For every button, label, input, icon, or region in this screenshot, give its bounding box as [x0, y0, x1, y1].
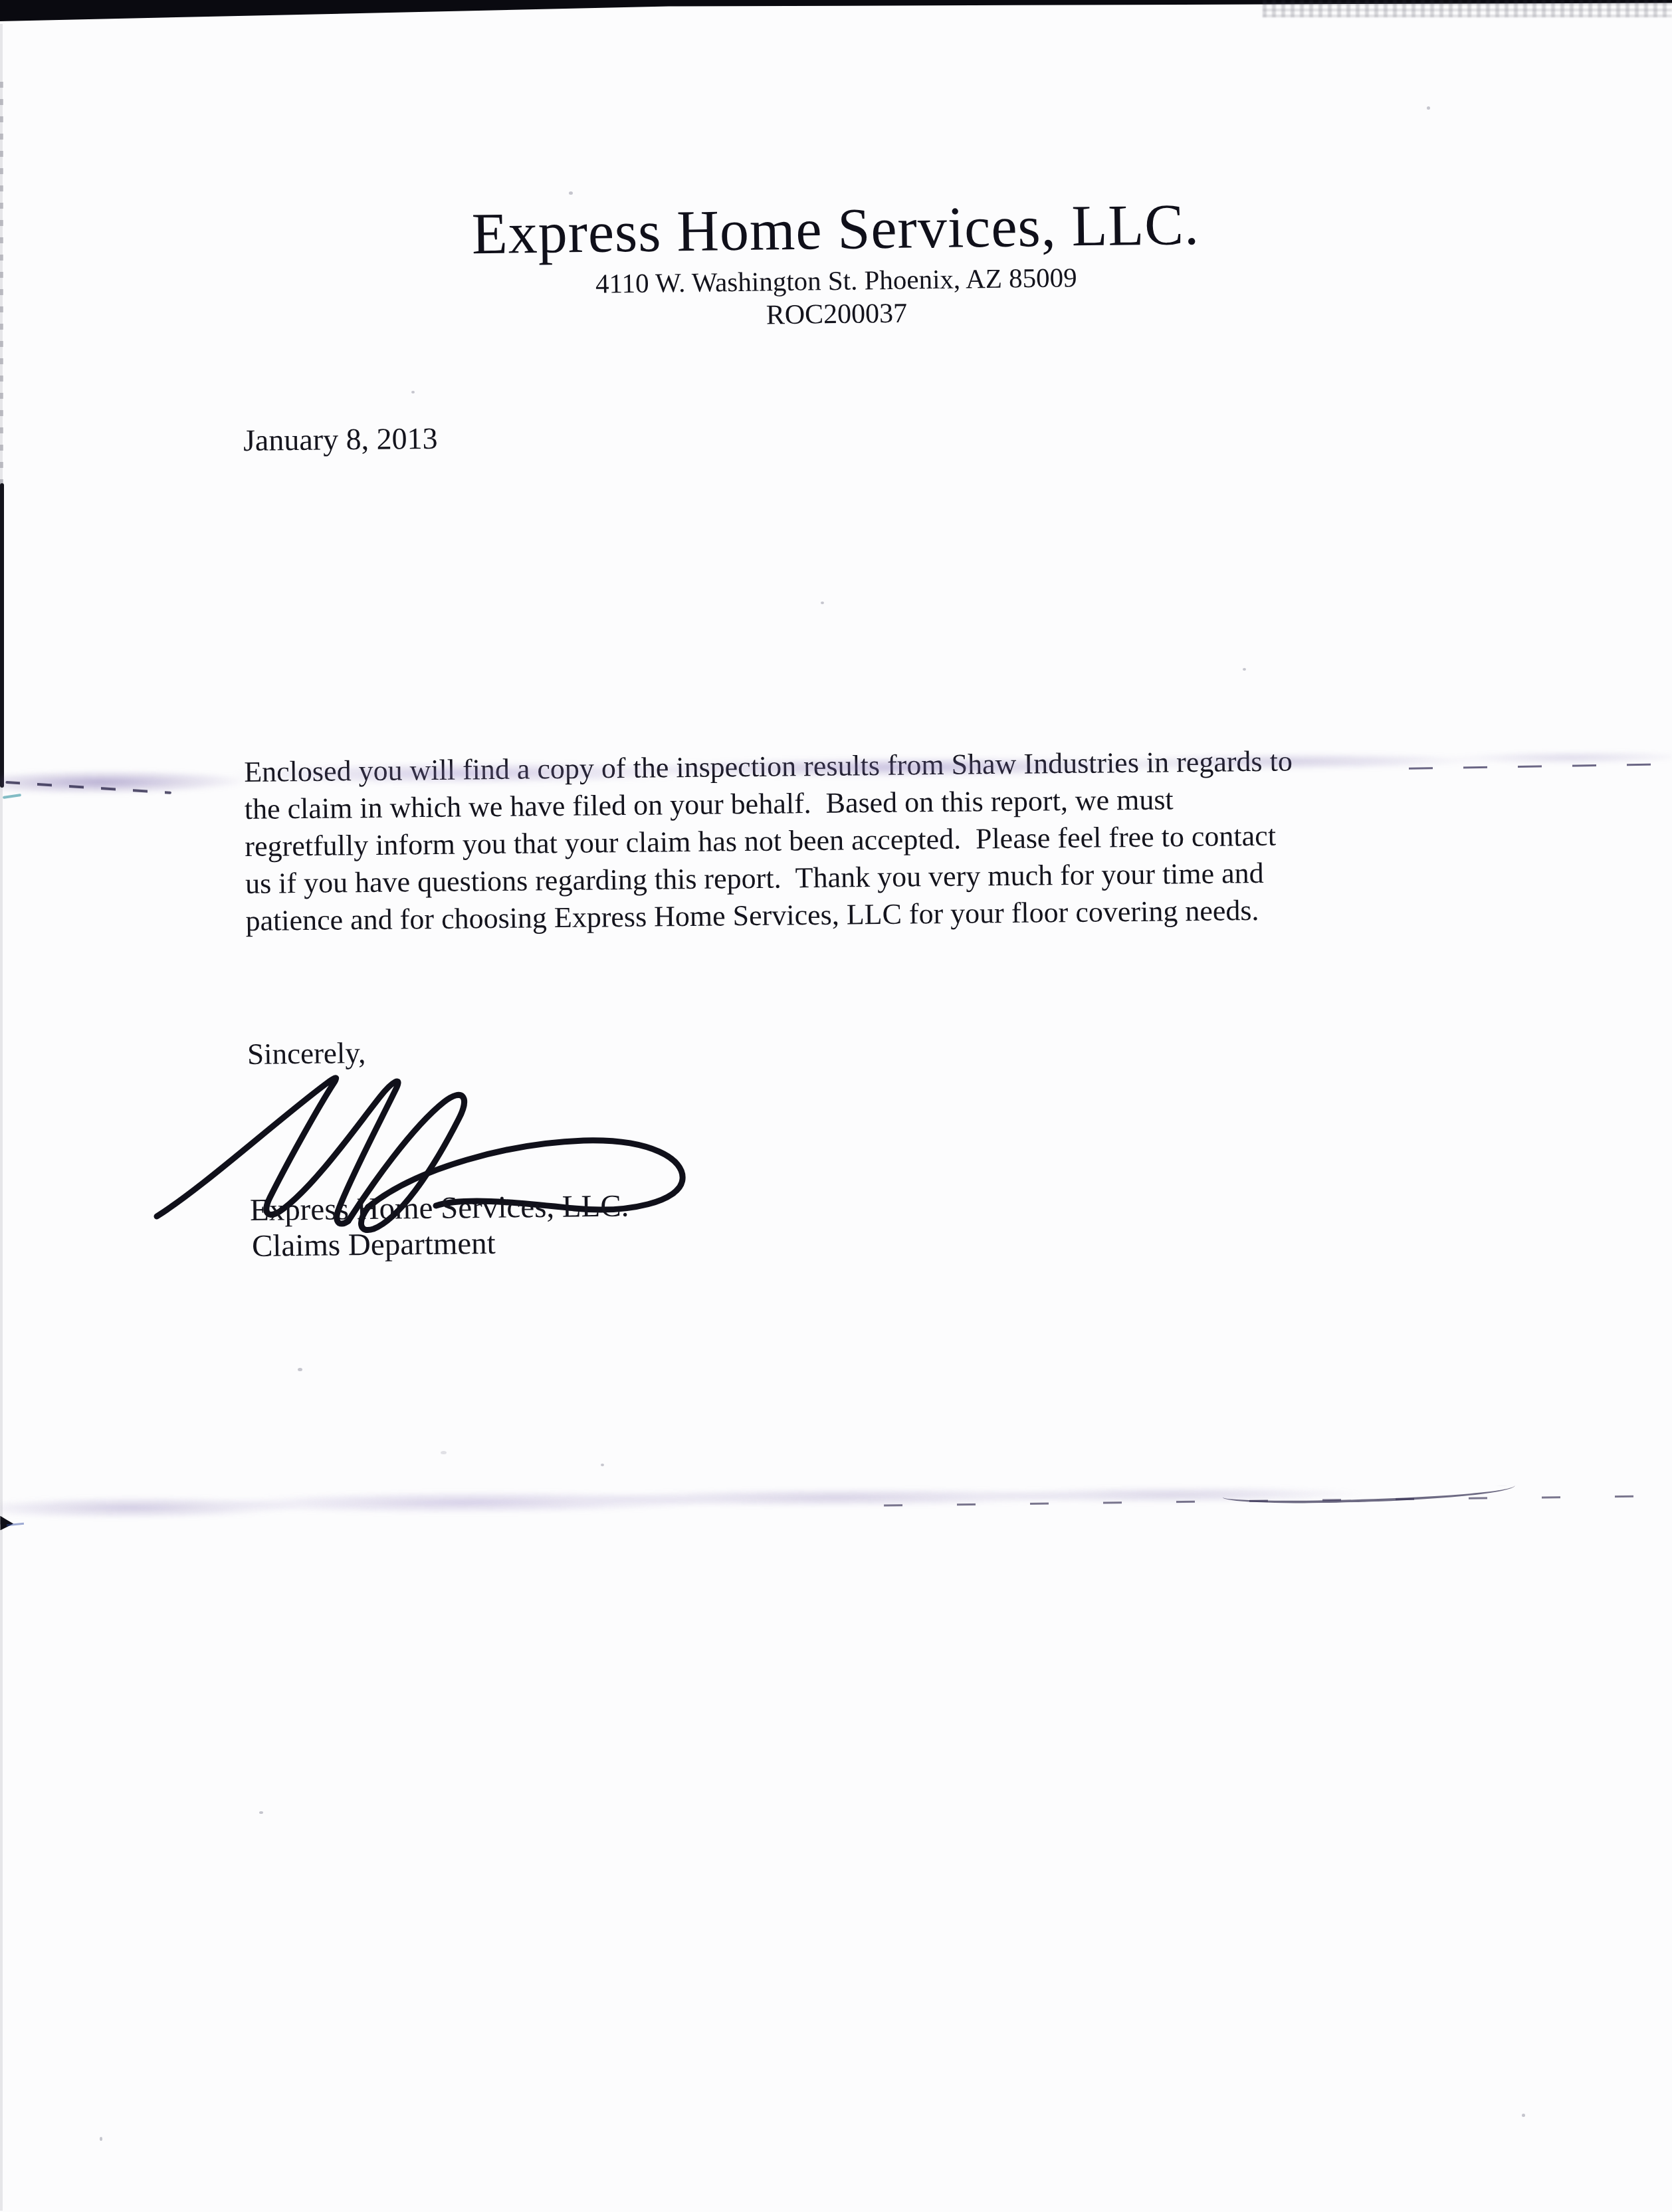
letterhead: Express Home Services, LLC. 4110 W. Wash…: [0, 186, 1672, 342]
dust-speck: [259, 1811, 263, 1814]
dust-speck: [100, 2137, 102, 2141]
dust-speck: [1427, 106, 1430, 110]
dust-speck: [821, 602, 824, 604]
fold-crease-lower: [0, 1472, 1672, 1530]
dust-speck: [1243, 668, 1246, 671]
dust-speck: [569, 191, 573, 195]
scan-artifact-top-right-noise: [1263, 0, 1672, 17]
crease-dashes: [884, 1495, 1635, 1507]
crease-wave-mark: [1223, 1486, 1515, 1505]
scan-artifact-left-dark-line: [0, 483, 4, 788]
signoff-company: Express Home Services, LLC.: [250, 1188, 629, 1228]
dust-speck: [1522, 2114, 1525, 2117]
signoff-department: Claims Department: [252, 1226, 496, 1264]
letter-date: January 8, 2013: [243, 421, 438, 458]
crease-dashes-left: [5, 781, 171, 794]
letter-body: Enclosed you will find a copy of the ins…: [244, 741, 1469, 940]
dust-speck: [411, 391, 415, 393]
dust-speck: [601, 1464, 604, 1466]
ink-speck-teal: [3, 794, 21, 799]
ink-speck-blue: [7, 1523, 24, 1526]
scanned-letter-page: Express Home Services, LLC. 4110 W. Wash…: [0, 0, 1672, 2212]
dust-speck: [298, 1368, 302, 1371]
salutation: Sincerely,: [247, 1036, 366, 1071]
dust-speck: [441, 1451, 447, 1454]
crease-haze: [0, 1472, 1672, 1530]
